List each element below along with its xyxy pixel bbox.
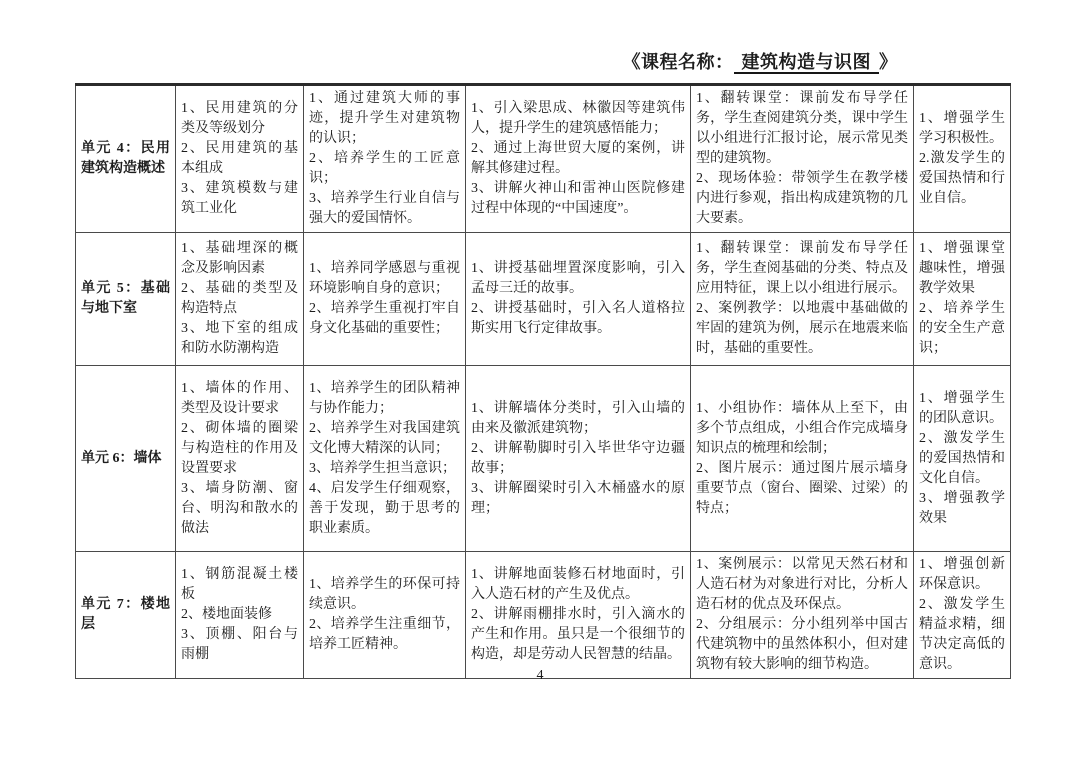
expected-outcomes-cell: 1、增强创新环保意识。 2、激发学生精益求精，细节决定高低的意识。 (914, 552, 1011, 679)
teaching-methods-cell: 1、翻转课堂：课前发布导学任务，学生查阅建筑分类，课中学生以小组进行汇报讨论，展… (691, 85, 914, 233)
teaching-methods-cell: 1、翻转课堂：课前发布导学任务，学生查阅基础的分类、特点及应用特征，课上以小组进… (691, 233, 914, 366)
unit-name-cell: 单元 6：墙体 (76, 366, 176, 552)
table-row-unit7: 单元 7：楼地层 1、钢筋混凝土楼板 2、楼地面装修 3、顶棚、阳台与雨棚 1、… (76, 552, 1011, 679)
education-goals-cell: 1、培养同学感恩与重视环境影响自身的意识； 2、培养学生重视打牢自身文化基础的重… (304, 233, 466, 366)
ideological-elements-cell: 1、讲解地面装修石材地面时，引入人造石材的产生及优点。 2、讲解雨棚排水时，引入… (466, 552, 691, 679)
page-number: 4 (0, 668, 1080, 684)
course-design-table: 单元 4：民用建筑构造概述 1、民用建筑的分类及等级划分 2、民用建筑的基本组成… (75, 83, 1011, 679)
course-name-underlined: 建筑构造与识图 (734, 52, 880, 74)
education-goals-cell: 1、培养学生的环保可持续意识。 2、培养学生注重细节，培养工匠精神。 (304, 552, 466, 679)
table-row-unit4: 单元 4：民用建筑构造概述 1、民用建筑的分类及等级划分 2、民用建筑的基本组成… (76, 85, 1011, 233)
course-title-prefix: 《课程名称： (623, 52, 734, 72)
expected-outcomes-cell: 1、增强学生学习积极性。 2.激发学生的爱国热情和行业自信。 (914, 85, 1011, 233)
ideological-elements-cell: 1、讲解墙体分类时，引入山墙的由来及徽派建筑物； 2、讲解勒脚时引入毕世华守边疆… (466, 366, 691, 552)
table-row-unit6: 单元 6：墙体 1、墙体的作用、类型及设计要求 2、砌体墙的圈梁与构造柱的作用及… (76, 366, 1011, 552)
page-title: 《课程名称：建筑构造与识图》 (0, 48, 1080, 74)
unit-name-cell: 单元 4：民用建筑构造概述 (76, 85, 176, 233)
teaching-content-cell: 1、民用建筑的分类及等级划分 2、民用建筑的基本组成 3、建筑模数与建筑工业化 (176, 85, 304, 233)
unit-name-cell: 单元 7：楼地层 (76, 552, 176, 679)
expected-outcomes-cell: 1、增强课堂趣味性，增强教学效果 2、培养学生的安全生产意识； (914, 233, 1011, 366)
teaching-methods-cell: 1、小组协作：墙体从上至下，由多个节点组成，小组合作完成墙身知识点的梳理和绘制；… (691, 366, 914, 552)
teaching-content-cell: 1、基础埋深的概念及影响因素 2、基础的类型及构造特点 3、地下室的组成和防水防… (176, 233, 304, 366)
ideological-elements-cell: 1、引入梁思成、林徽因等建筑伟人，提升学生的建筑感悟能力； 2、通过上海世贸大厦… (466, 85, 691, 233)
teaching-methods-cell: 1、案例展示：以常见天然石材和人造石材为对象进行对比，分析人造石材的优点及环保点… (691, 552, 914, 679)
teaching-content-cell: 1、墙体的作用、类型及设计要求 2、砌体墙的圈梁与构造柱的作用及设置要求 3、墙… (176, 366, 304, 552)
table-row-unit5: 单元 5：基础与地下室 1、基础埋深的概念及影响因素 2、基础的类型及构造特点 … (76, 233, 1011, 366)
unit-name-cell: 单元 5：基础与地下室 (76, 233, 176, 366)
ideological-elements-cell: 1、讲授基础埋置深度影响，引入孟母三迁的故事。 2、讲授基础时，引入名人道格拉斯… (466, 233, 691, 366)
course-title-suffix: 》 (879, 52, 898, 72)
education-goals-cell: 1、培养学生的团队精神与协作能力； 2、培养学生对我国建筑文化博大精深的认同； … (304, 366, 466, 552)
expected-outcomes-cell: 1、增强学生的团队意识。 2、激发学生的爱国热情和文化自信。 3、增强教学效果 (914, 366, 1011, 552)
education-goals-cell: 1、通过建筑大师的事迹，提升学生对建筑物的认识； 2、培养学生的工匠意识； 3、… (304, 85, 466, 233)
teaching-content-cell: 1、钢筋混凝土楼板 2、楼地面装修 3、顶棚、阳台与雨棚 (176, 552, 304, 679)
